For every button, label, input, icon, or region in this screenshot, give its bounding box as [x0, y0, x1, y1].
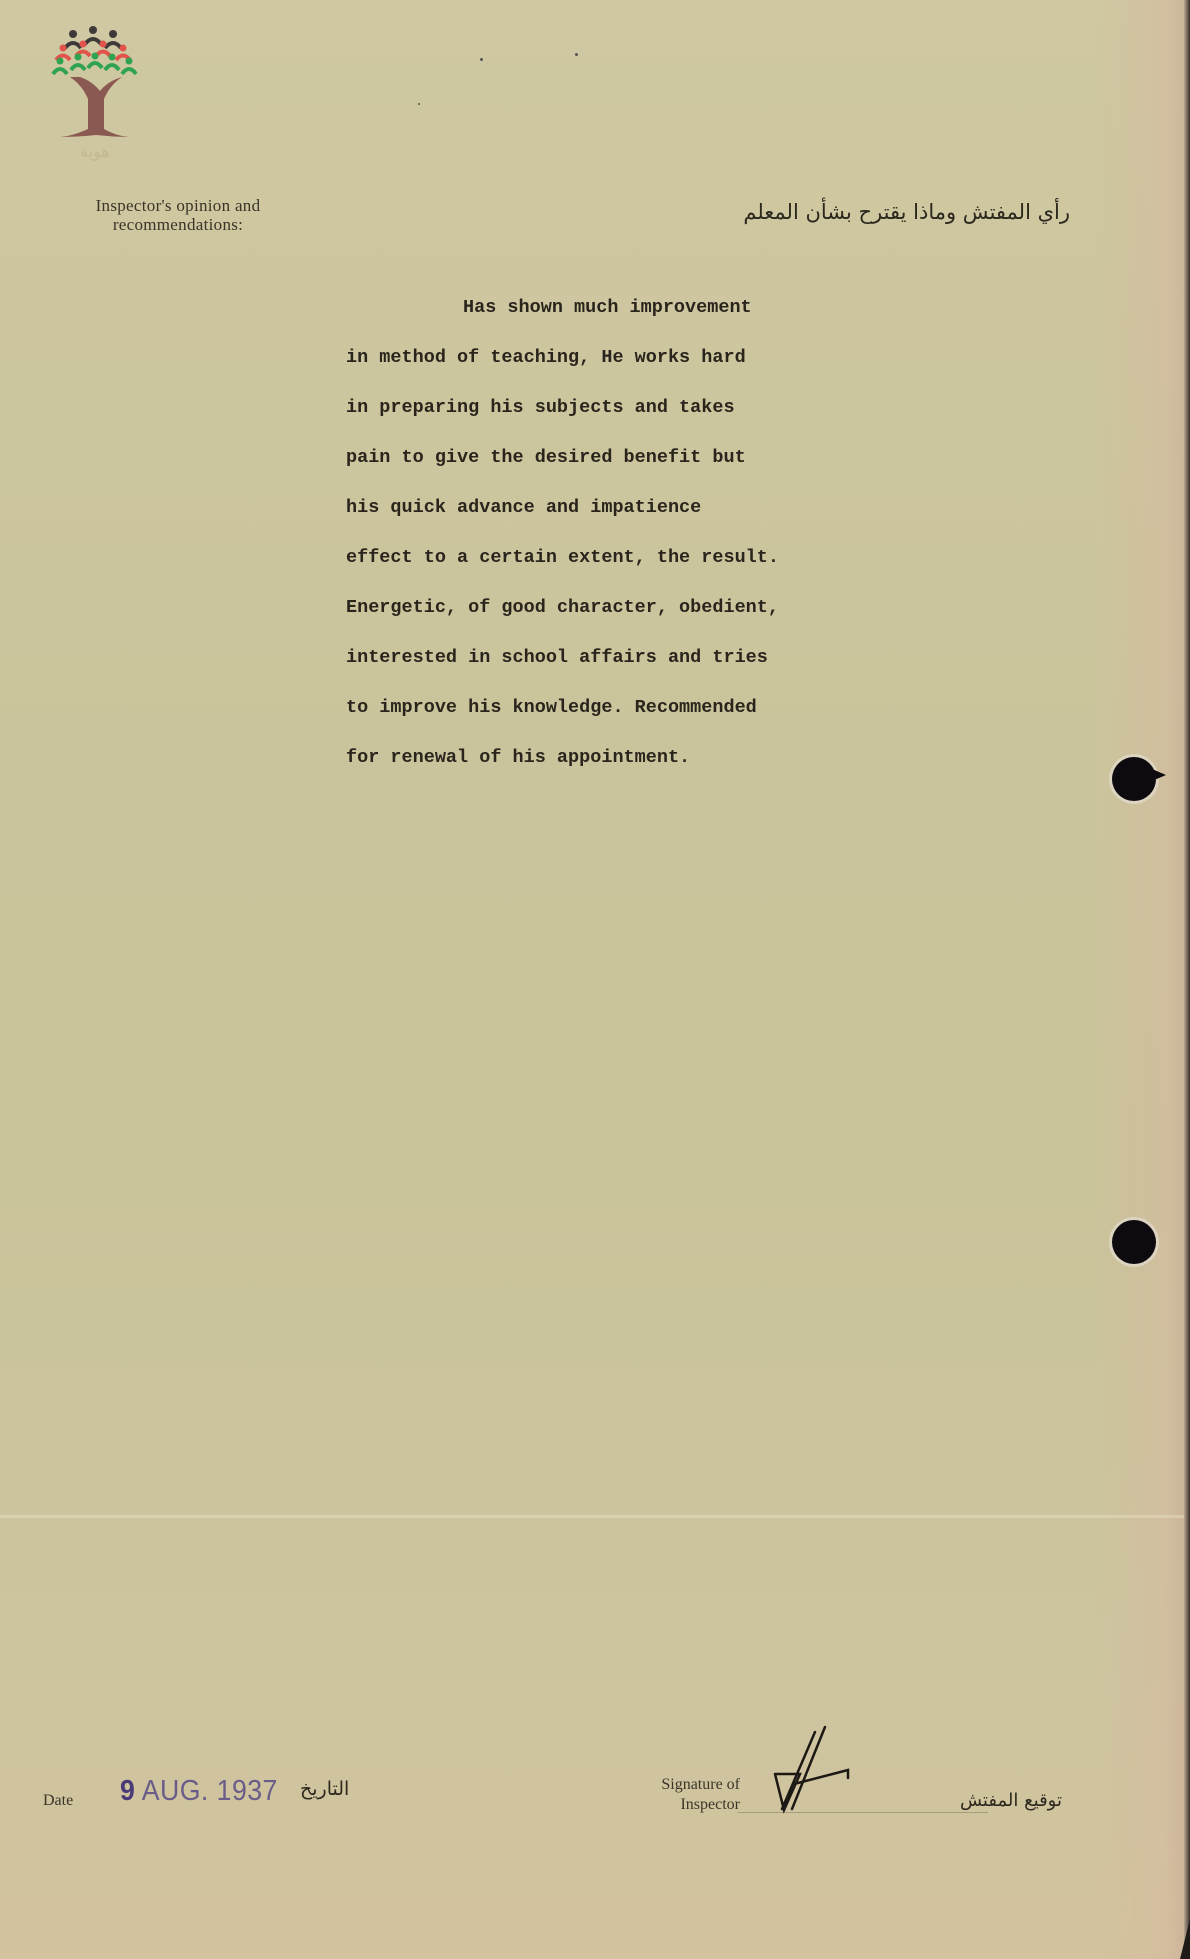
- paper-speck: [418, 103, 420, 105]
- tree-with-people-logo-icon: هوية: [50, 22, 140, 162]
- date-stamp: 9 AUG. 1937: [120, 1775, 278, 1808]
- opinion-line: in preparing his subjects and takes: [346, 383, 986, 433]
- inspector-opinion-label-line1: Inspector's opinion and: [48, 196, 308, 215]
- opinion-line: in method of teaching, He works hard: [346, 333, 986, 383]
- opinion-line: effect to a certain extent, the result.: [346, 533, 986, 583]
- svg-text:هوية: هوية: [80, 142, 110, 162]
- date-label-ar: التاريخ: [300, 1778, 349, 1800]
- opinion-line: interested in school affairs and tries: [346, 633, 986, 683]
- punch-hole: [1112, 757, 1156, 801]
- date-stamp-day: 9: [120, 1775, 135, 1807]
- paper-fold-line: [0, 1515, 1190, 1518]
- opinion-line: to improve his knowledge. Recommended: [346, 683, 986, 733]
- inspector-opinion-label-ar: رأي المفتش وماذا يقترح بشأن المعلم: [743, 200, 1070, 224]
- inspector-opinion-label: Inspector's opinion and recommendations:: [48, 196, 308, 234]
- signature-label: Signature of Inspector: [600, 1775, 740, 1815]
- punch-hole: [1112, 1220, 1156, 1264]
- date-label: Date: [43, 1792, 73, 1810]
- page-right-edge: [1184, 0, 1190, 1959]
- handwritten-signature-icon: [770, 1712, 860, 1817]
- date-stamp-month-year: AUG. 1937: [135, 1775, 278, 1807]
- paper-speck: [480, 58, 483, 61]
- opinion-line: Has shown much improvement: [346, 283, 986, 333]
- signature-label-line2: Inspector: [600, 1795, 740, 1815]
- opinion-line: his quick advance and impatience: [346, 483, 986, 533]
- signature-label-ar: توقيع المفتش: [960, 1790, 1062, 1811]
- opinion-line: Energetic, of good character, obedient,: [346, 583, 986, 633]
- inspector-opinion-label-line2: recommendations:: [48, 215, 308, 234]
- signature-label-line1: Signature of: [600, 1775, 740, 1795]
- opinion-line: pain to give the desired benefit but: [346, 433, 986, 483]
- inspector-opinion-text: Has shown much improvement in method of …: [346, 283, 986, 783]
- opinion-line: for renewal of his appointment.: [346, 733, 986, 783]
- paper-speck: [575, 53, 578, 56]
- page-corner: [1180, 1919, 1190, 1959]
